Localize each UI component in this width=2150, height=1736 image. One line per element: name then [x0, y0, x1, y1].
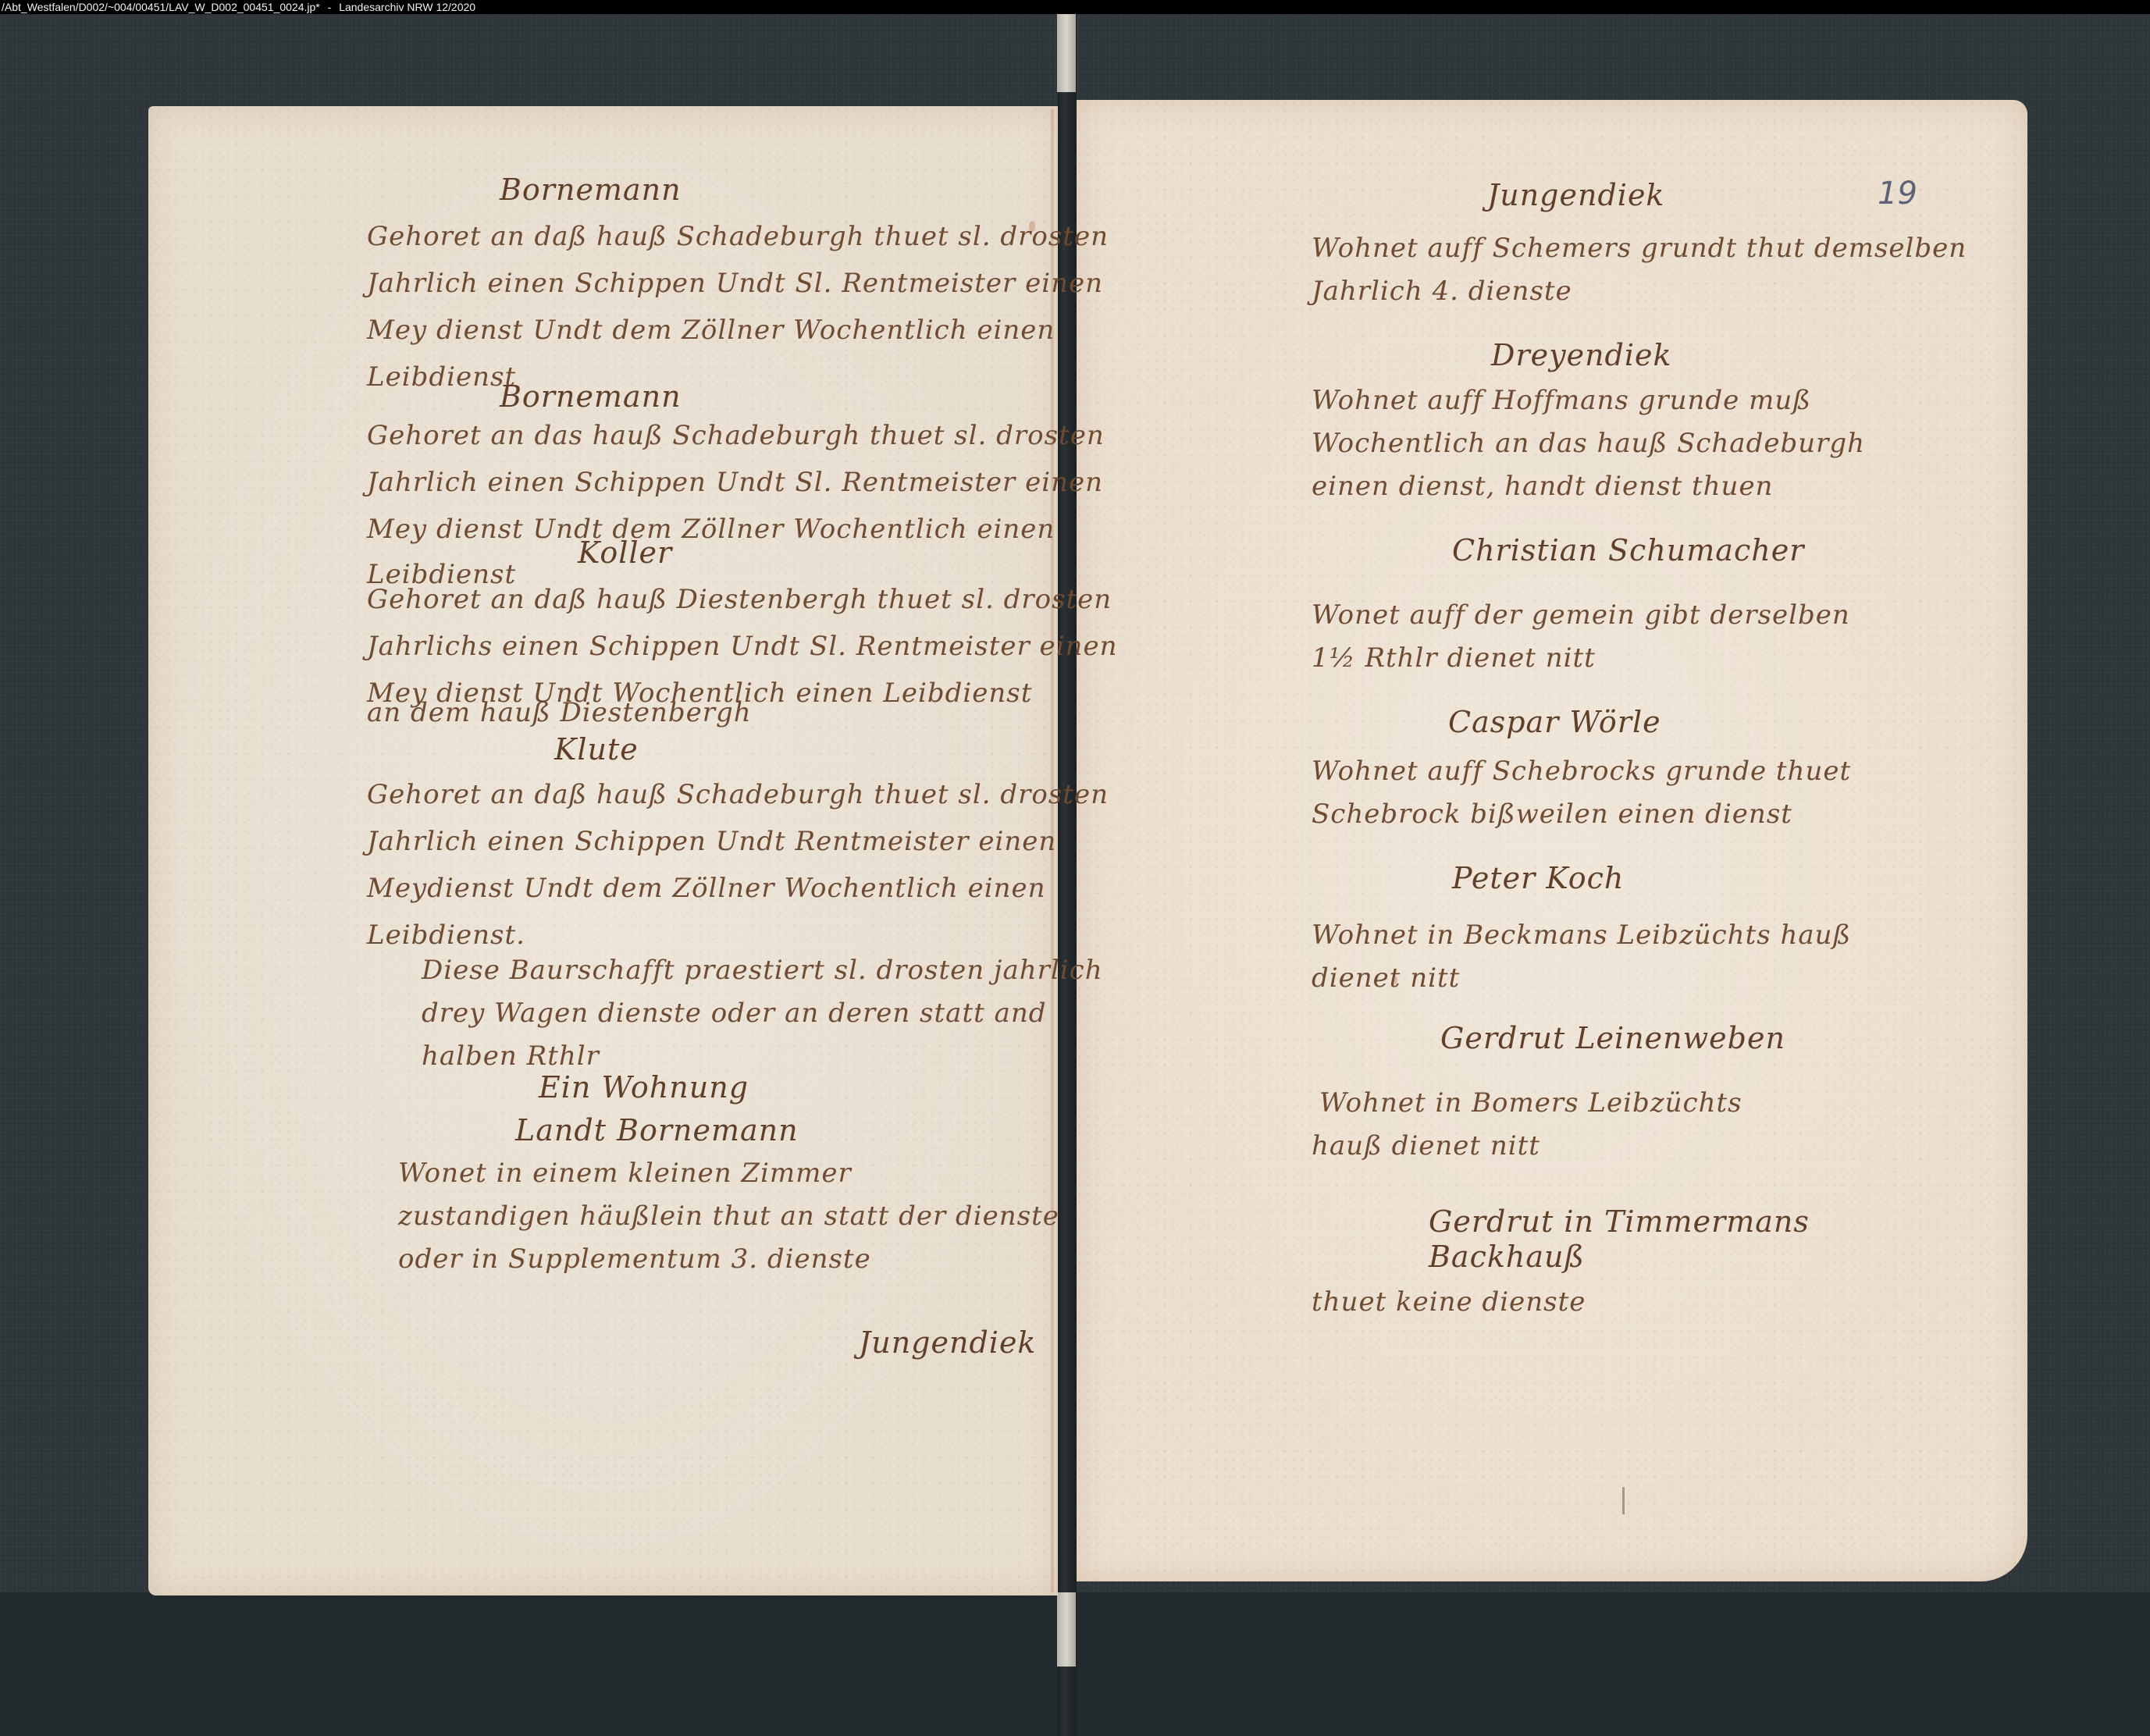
manuscript-line: Meydienst Undt dem Zöllner Wochentlich e…	[367, 873, 1046, 904]
archive-name: Landesarchiv NRW	[339, 1, 432, 13]
manuscript-line: Wohnet auff Schebrocks grunde thuet	[1312, 756, 1851, 787]
manuscript-line: Wohnet auff Hoffmans grunde muß	[1312, 385, 1811, 416]
manuscript-line: an dem hauß Diestenbergh	[367, 697, 752, 728]
manuscript-line: hauß dienet nitt	[1312, 1130, 1540, 1161]
spine-guard-top	[1057, 14, 1076, 92]
manuscript-line: Gehoret an daß hauß Diestenbergh thuet s…	[367, 584, 1112, 615]
file-path: /Abt_Westfalen/D002/~004/00451/LAV_W_D00…	[2, 1, 320, 13]
manuscript-line: halben Rthlr	[422, 1041, 600, 1072]
manuscript-line: Wonet in einem kleinen Zimmer	[398, 1158, 852, 1189]
manuscript-line: dienet nitt	[1312, 962, 1460, 994]
manuscript-line: oder in Supplementum 3. dienste	[398, 1243, 871, 1275]
manuscript-line: Gehoret an daß hauß Schadeburgh thuet sl…	[367, 221, 1109, 252]
manuscript-line: Wochentlich an das hauß Schadeburgh	[1312, 428, 1865, 459]
entry-heading: Jungendiek	[859, 1325, 1036, 1360]
manuscript-line: drey Wagen dienste oder an deren statt a…	[422, 998, 1047, 1029]
archive-date: 12/2020	[436, 1, 475, 13]
manuscript-line: Gehoret an daß hauß Schadeburgh thuet sl…	[367, 779, 1109, 810]
title-separator: -	[328, 1, 332, 13]
entry-heading: Bornemann	[500, 379, 682, 414]
manuscript-line: 1½ Rthlr dienet nitt	[1312, 642, 1596, 674]
right-manuscript-page	[1077, 100, 2027, 1581]
manuscript-line: thuet keine dienste	[1312, 1286, 1586, 1318]
manuscript-line: Mey dienst Undt dem Zöllner Wochentlich …	[367, 315, 1055, 346]
entry-heading: Koller	[578, 535, 672, 570]
entry-heading: Jungendiek	[1487, 178, 1664, 212]
spine-guard-bottom	[1057, 1592, 1076, 1667]
entry-heading: Landt Bornemann	[515, 1113, 799, 1147]
window-title-bar: /Abt_Westfalen/D002/~004/00451/LAV_W_D00…	[0, 0, 2150, 14]
entry-heading: Peter Koch	[1452, 861, 1624, 895]
entry-heading: Bornemann	[500, 173, 682, 207]
manuscript-line: Schebrock bißweilen einen dienst	[1312, 799, 1792, 830]
manuscript-line: Leibdienst.	[367, 920, 525, 951]
manuscript-line: Jahrlichs einen Schippen Undt Sl. Rentme…	[367, 631, 1117, 662]
pencil-mark	[1622, 1487, 1625, 1514]
manuscript-line: Jahrlich einen Schippen Undt Rentmeister…	[367, 826, 1056, 857]
manuscript-line: zustandigen häußlein thut an statt der d…	[398, 1201, 1059, 1232]
entry-heading: Gerdrut in Timmermans	[1429, 1204, 1810, 1239]
manuscript-line: Wohnet auff Schemers grundt thut demselb…	[1312, 233, 1967, 264]
manuscript-line: Gehoret an das hauß Schadeburgh thuet sl…	[367, 420, 1105, 451]
manuscript-line: Jahrlich 4. dienste	[1312, 276, 1572, 307]
manuscript-line: Diese Baurschafft praestiert sl. drosten…	[422, 955, 1103, 986]
manuscript-line: Wohnet in Bomers Leibzüchts	[1319, 1087, 1742, 1119]
entry-heading: Dreyendiek	[1491, 338, 1672, 372]
entry-heading: Christian Schumacher	[1452, 533, 1804, 567]
entry-heading: Klute	[554, 732, 639, 767]
manuscript-line: Jahrlich einen Schippen Undt Sl. Rentmei…	[367, 268, 1103, 299]
manuscript-line: Leibdienst	[367, 361, 516, 393]
manuscript-line: Jahrlich einen Schippen Undt Sl. Rentmei…	[367, 467, 1103, 498]
folio-number: 19	[1878, 176, 1917, 212]
entry-heading: Ein Wohnung	[539, 1070, 749, 1105]
entry-heading: Backhauß	[1429, 1240, 1585, 1274]
entry-heading: Caspar Wörle	[1448, 705, 1661, 739]
manuscript-line: Wohnet in Beckmans Leibzüchts hauß	[1312, 920, 1851, 951]
manuscript-line: Mey dienst Undt dem Zöllner Wochentlich …	[367, 514, 1055, 545]
entry-heading: Gerdrut Leinenweben	[1440, 1021, 1785, 1055]
manuscript-line: einen dienst, handt dienst thuen	[1312, 471, 1773, 502]
manuscript-line: Wonet auff der gemein gibt derselben	[1312, 599, 1850, 631]
